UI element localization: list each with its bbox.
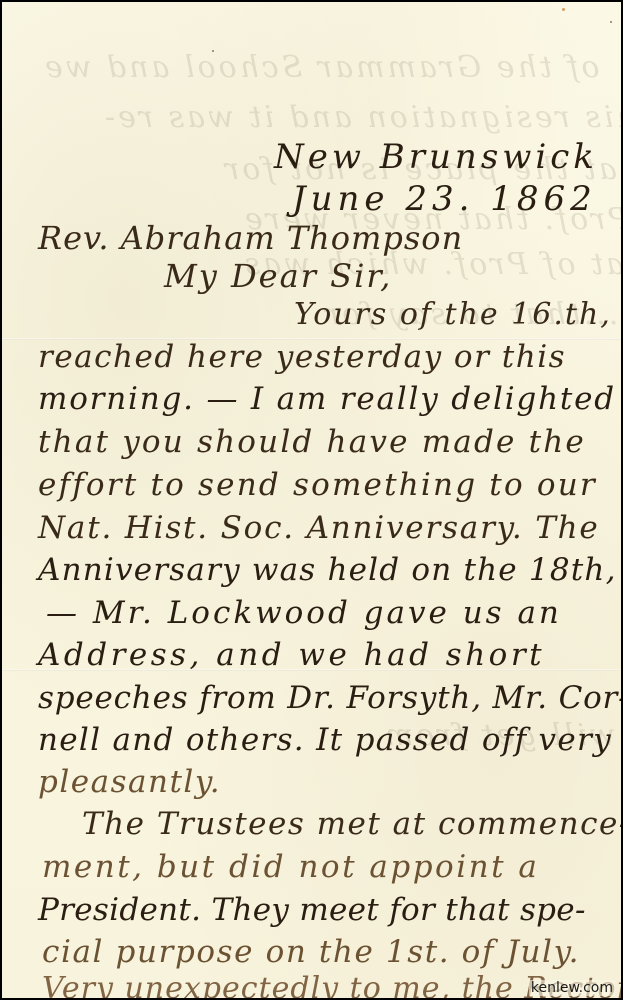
- letter-body-line: cial purpose on the 1st. of July.: [42, 937, 580, 968]
- letter-body-line: effort to send something to our: [38, 470, 597, 501]
- letter-body-line: Address, and we had short: [38, 640, 545, 671]
- letter-body-line: The Trustees met at commence-: [82, 809, 621, 840]
- letter-body-line: pleasantly.: [38, 767, 221, 798]
- letter-place: New Brunswick: [274, 140, 598, 174]
- paper-speck: [212, 50, 214, 52]
- watermark: kenlew.com: [529, 980, 615, 996]
- letter-body-line: that you should have made the: [38, 427, 586, 458]
- letter-body-line: President. They meet for that spe-: [38, 895, 586, 926]
- letter-salutation: My Dear Sir,: [164, 260, 392, 292]
- letter-body-line: Nat. Hist. Soc. Anniversary. The: [38, 513, 600, 544]
- letter-body-line: nell and others. It passed off very: [38, 725, 612, 756]
- letter-body-line: — Mr. Lockwood gave us an: [46, 598, 562, 629]
- letter-body-line: reached here yesterday or this: [38, 342, 566, 373]
- paper-speck: [562, 8, 565, 11]
- letter-page: of the Grammar School and we his resigna…: [2, 2, 621, 998]
- letter-body-line: speeches from Dr. Forsyth, Mr. Cor-: [38, 683, 621, 714]
- paper-speck: [610, 21, 612, 23]
- letter-body-line: ment, but did not appoint a: [42, 852, 539, 883]
- bleed-through-text: his resignation and it was re-: [102, 100, 621, 135]
- letter-date: June 23. 1862: [292, 182, 597, 216]
- letter-body-line: morning. — I am really delighted: [38, 384, 616, 415]
- letter-recipient: Rev. Abraham Thompson: [38, 222, 463, 254]
- bleed-through-text: of the Grammar School and we: [42, 50, 600, 85]
- letter-body-line: Anniversary was held on the 18th,: [38, 555, 617, 586]
- letter-body-line: Yours of the 16.th,: [294, 300, 612, 330]
